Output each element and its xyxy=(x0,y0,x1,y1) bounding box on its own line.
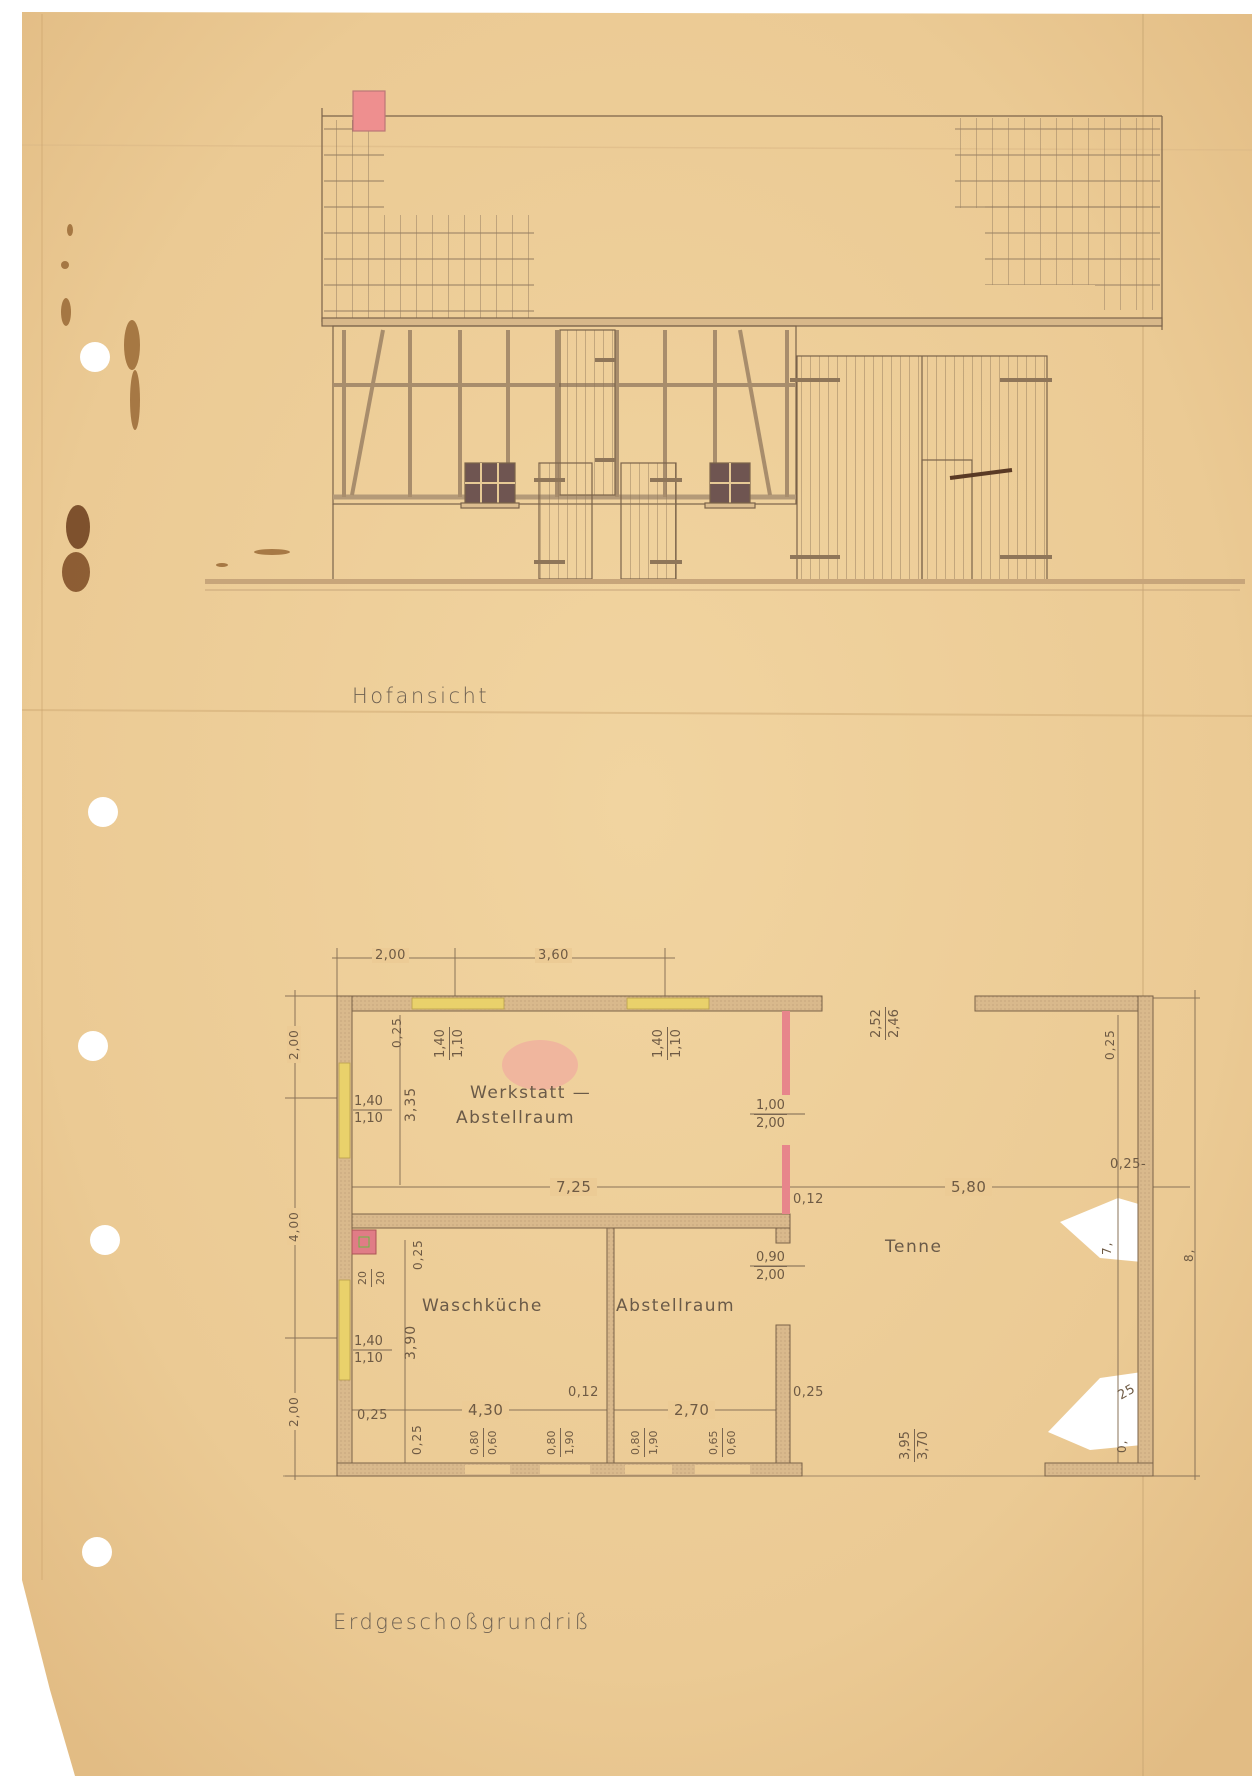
dim-5-80: 5,80 xyxy=(945,1178,992,1196)
room-abstellraum: Abstellraum xyxy=(616,1296,735,1316)
dim-v-0-25-right: 0,25 xyxy=(1103,1029,1117,1060)
dim-0-25-c: 0,25- xyxy=(1110,1157,1146,1172)
opening-abstellraum-door: 0,90 2,00 xyxy=(754,1249,787,1284)
dim-3-90: 3,90 xyxy=(403,1325,419,1360)
dim-partial-7: 7, xyxy=(1100,1242,1114,1255)
opening-bottom-3: 0,80 1,90 xyxy=(627,1429,662,1458)
opening-left-window-1: 1,40 1,10 xyxy=(354,1093,383,1127)
opening-gate: 2,52 2,46 xyxy=(868,1007,903,1040)
dim-3-60: 3,60 xyxy=(535,948,572,963)
plan-title: Erdgeschoßgrundriß xyxy=(333,1610,591,1634)
dim-0-25-a: 0,25 xyxy=(357,1408,388,1423)
room-waschkueche: Waschküche xyxy=(422,1296,543,1316)
room-werkstatt-abstellraum: Abstellraum xyxy=(456,1108,575,1128)
dim-2-00: 2,00 xyxy=(372,948,409,963)
dim-v-0-25-bottom: 0,25 xyxy=(410,1424,424,1455)
red-wall xyxy=(782,1145,790,1214)
opening-red-door: 1,00 2,00 xyxy=(754,1097,787,1132)
dim-left-4-00: 4,00 xyxy=(287,1208,301,1245)
room-werkstatt: Werkstatt — xyxy=(470,1083,591,1103)
red-wall xyxy=(782,1011,790,1095)
dim-0-25-b: 0,25 xyxy=(793,1385,824,1400)
dim-3-35: 3,35 xyxy=(403,1087,419,1122)
drawing-sheet: Hofansicht Erdgeschoßgrundriß Werkstatt … xyxy=(0,0,1259,1781)
opening-top-window-1: 1,40 1,10 xyxy=(432,1027,467,1060)
dim-0-12: 0,12 xyxy=(793,1192,824,1207)
room-tenne: Tenne xyxy=(885,1237,942,1257)
opening-bottom-1: 0,80 0,60 xyxy=(466,1429,501,1458)
dim-v-0-25-mid: 0,25 xyxy=(411,1239,425,1270)
dim-2-70: 2,70 xyxy=(668,1401,715,1419)
window-right xyxy=(705,463,755,508)
dim-v-0-25-top: 0,25 xyxy=(390,1017,404,1048)
opening-bottom-2: 0,80 1,90 xyxy=(543,1429,578,1458)
chimney xyxy=(353,91,385,131)
window-left xyxy=(461,463,519,508)
dim-0-12-b: 0,12 xyxy=(568,1385,599,1400)
opening-bottom-5: 3,95 3,70 xyxy=(897,1429,932,1462)
chimney-plan xyxy=(352,1230,376,1254)
opening-bottom-4: 0,65 0,60 xyxy=(705,1429,740,1458)
drawing-canvas xyxy=(0,0,1259,1781)
dim-7-25: 7,25 xyxy=(550,1178,597,1196)
dim-left-2-00-top: 2,00 xyxy=(287,1026,301,1063)
dim-partial-0: 0, xyxy=(1115,1440,1129,1453)
dim-left-2-00-bottom: 2,00 xyxy=(287,1393,301,1430)
opening-chimney: 20 20 xyxy=(354,1269,389,1287)
opening-top-window-2: 1,40 1,10 xyxy=(650,1027,685,1060)
dim-partial-8: 8, xyxy=(1182,1249,1196,1262)
elevation-title: Hofansicht xyxy=(352,684,489,708)
opening-left-window-2: 1,40 1,10 xyxy=(354,1333,383,1367)
dim-4-30: 4,30 xyxy=(462,1401,509,1419)
